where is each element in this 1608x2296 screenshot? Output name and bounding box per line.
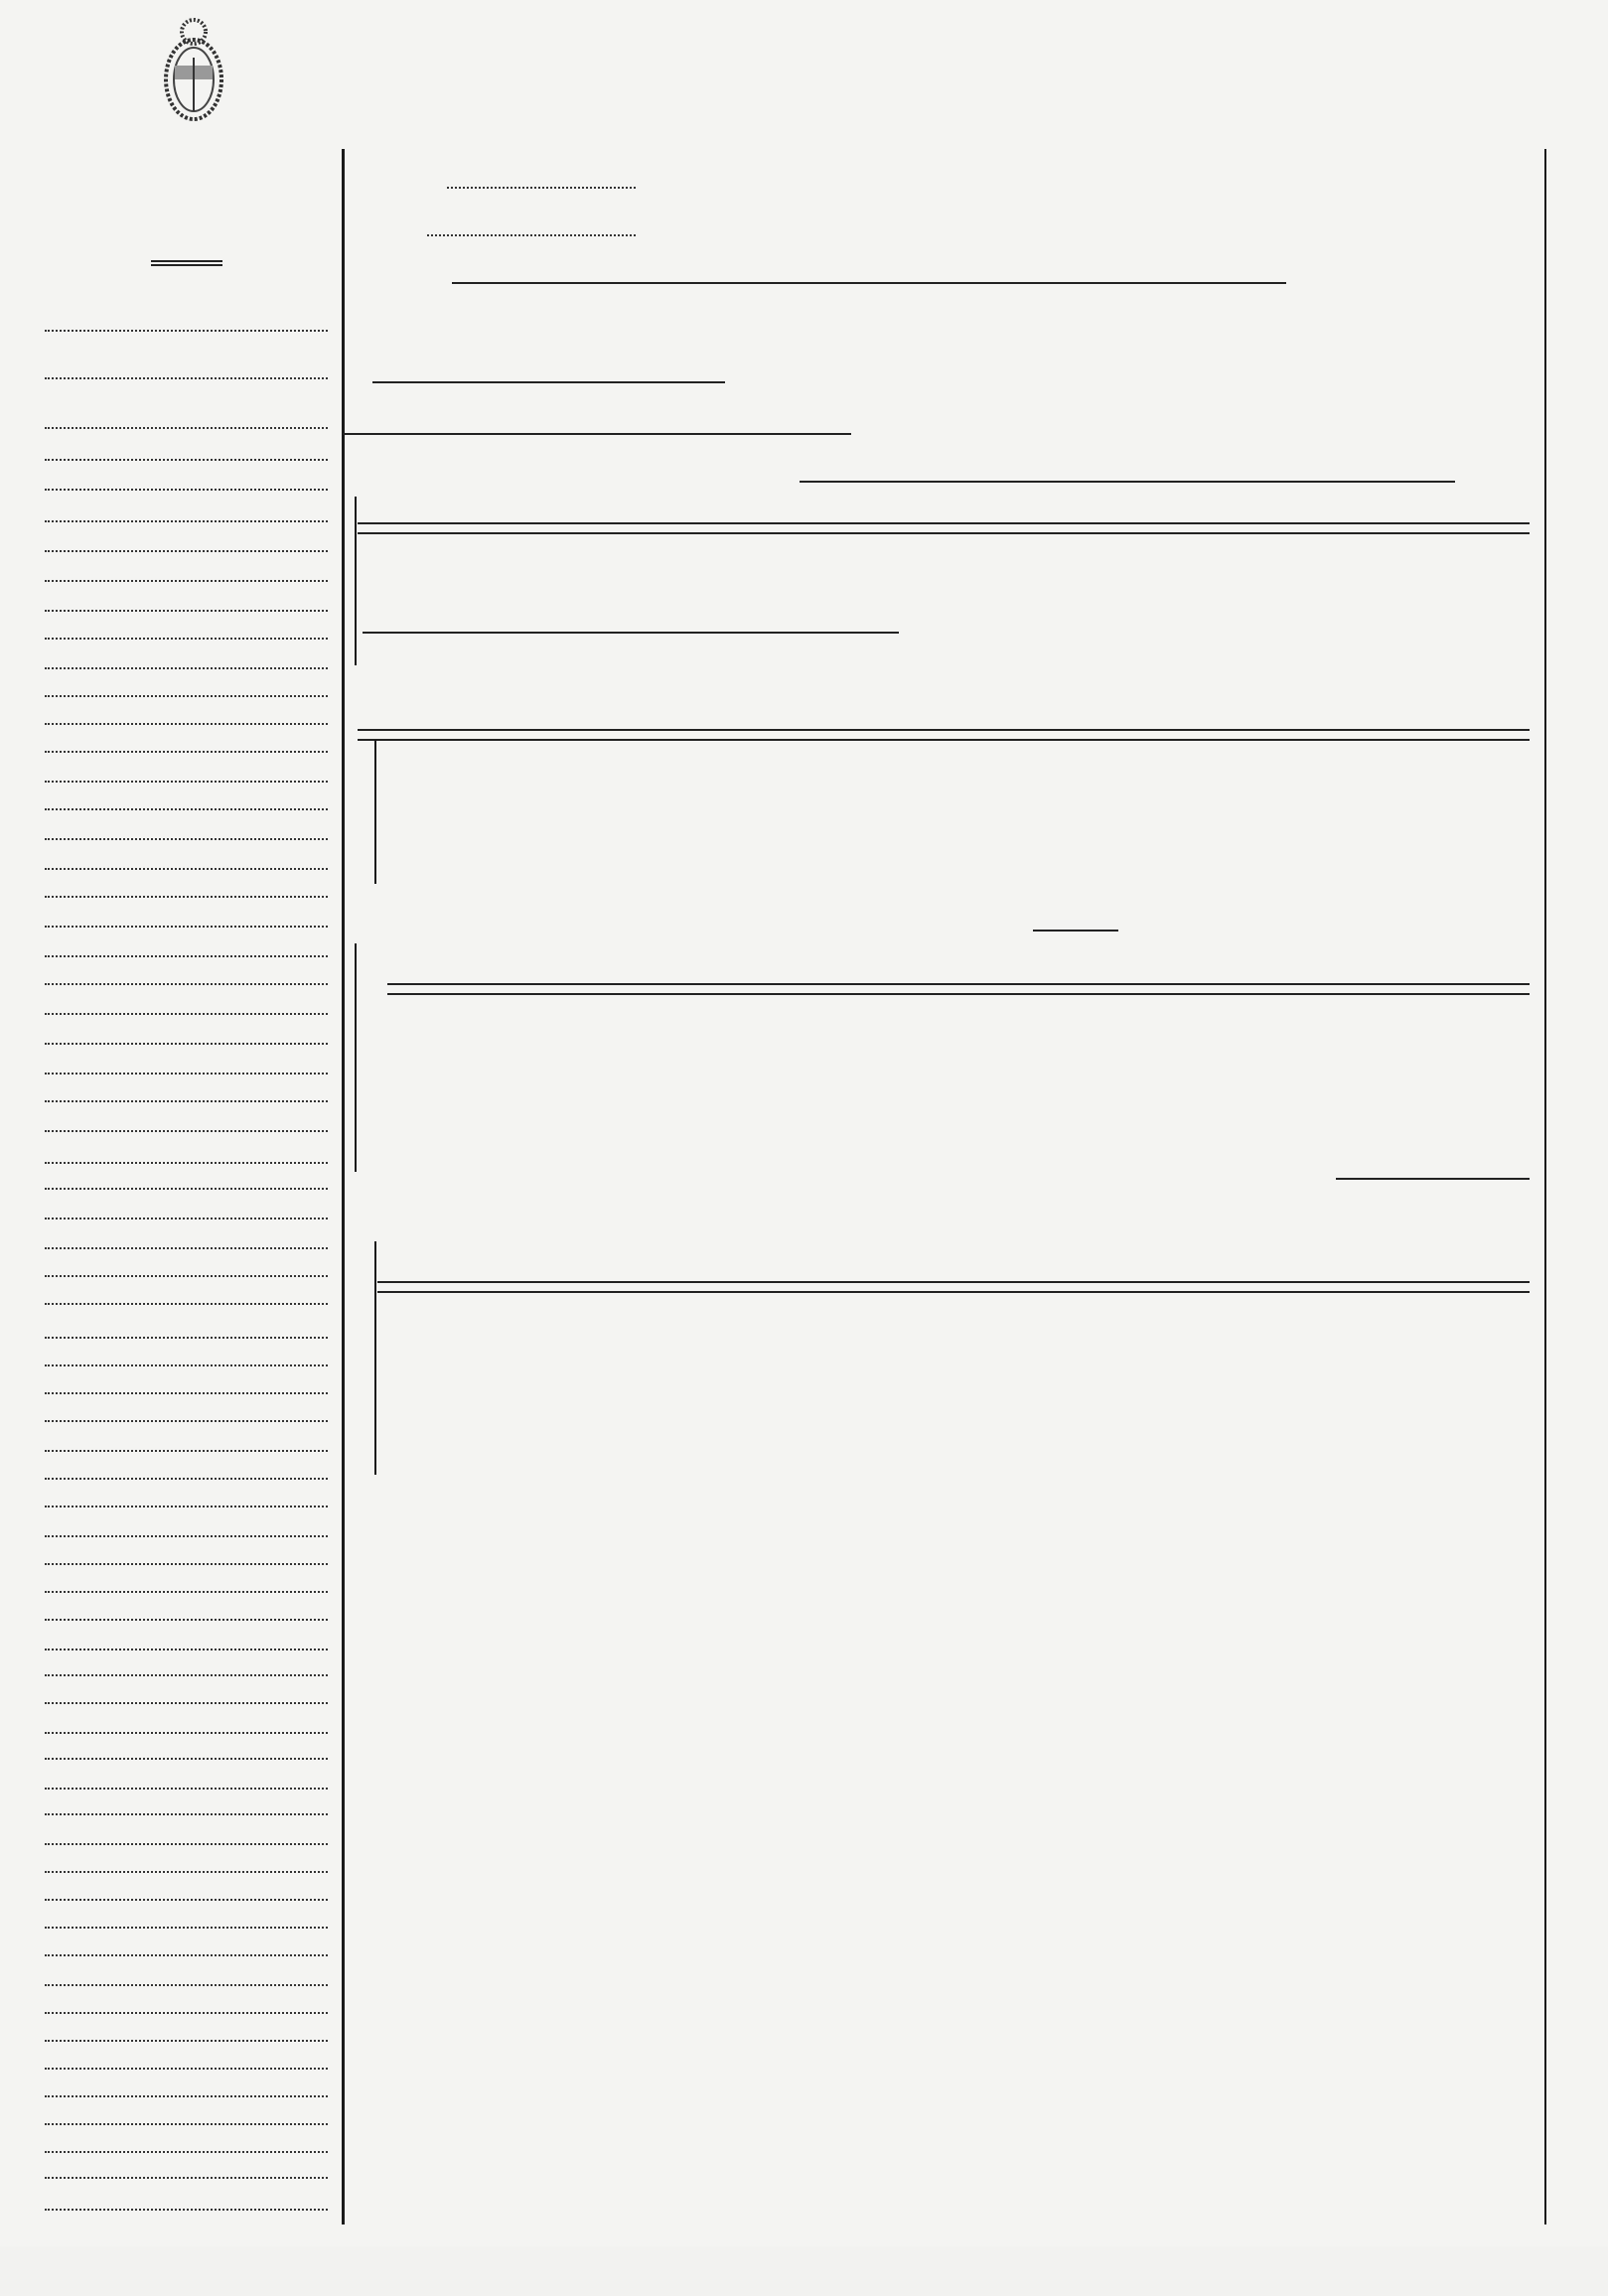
year-underline xyxy=(343,433,851,435)
document-page xyxy=(0,0,1608,2246)
numero-underline xyxy=(452,282,1286,284)
day-underline xyxy=(372,381,725,383)
madre-name-line1 xyxy=(387,983,1530,985)
nacido-name-line2 xyxy=(358,532,1530,534)
seccion-field[interactable] xyxy=(447,187,636,189)
left-border xyxy=(342,149,345,2224)
header-divider xyxy=(151,260,222,266)
act-type-underline xyxy=(800,481,1455,483)
nacido-bracket xyxy=(355,497,357,665)
madre-doc-underline xyxy=(1336,1178,1530,1180)
madre-bracket xyxy=(355,943,357,1172)
nacido-name-line1 xyxy=(358,522,1530,524)
right-border xyxy=(1544,149,1546,2224)
madre-name-line2 xyxy=(387,993,1530,995)
declarante-line2 xyxy=(377,1291,1530,1293)
tomo-field[interactable] xyxy=(427,234,636,236)
padre-name-line1 xyxy=(358,729,1530,731)
padre-name-line2 xyxy=(358,739,1530,741)
argentina-coat-of-arms-icon xyxy=(159,8,228,137)
padre-doc-underline xyxy=(1033,930,1118,932)
birth-month-underline xyxy=(363,632,899,634)
declarante-bracket xyxy=(374,1241,376,1475)
declarante-line1 xyxy=(377,1281,1530,1283)
padre-bracket xyxy=(374,740,376,884)
